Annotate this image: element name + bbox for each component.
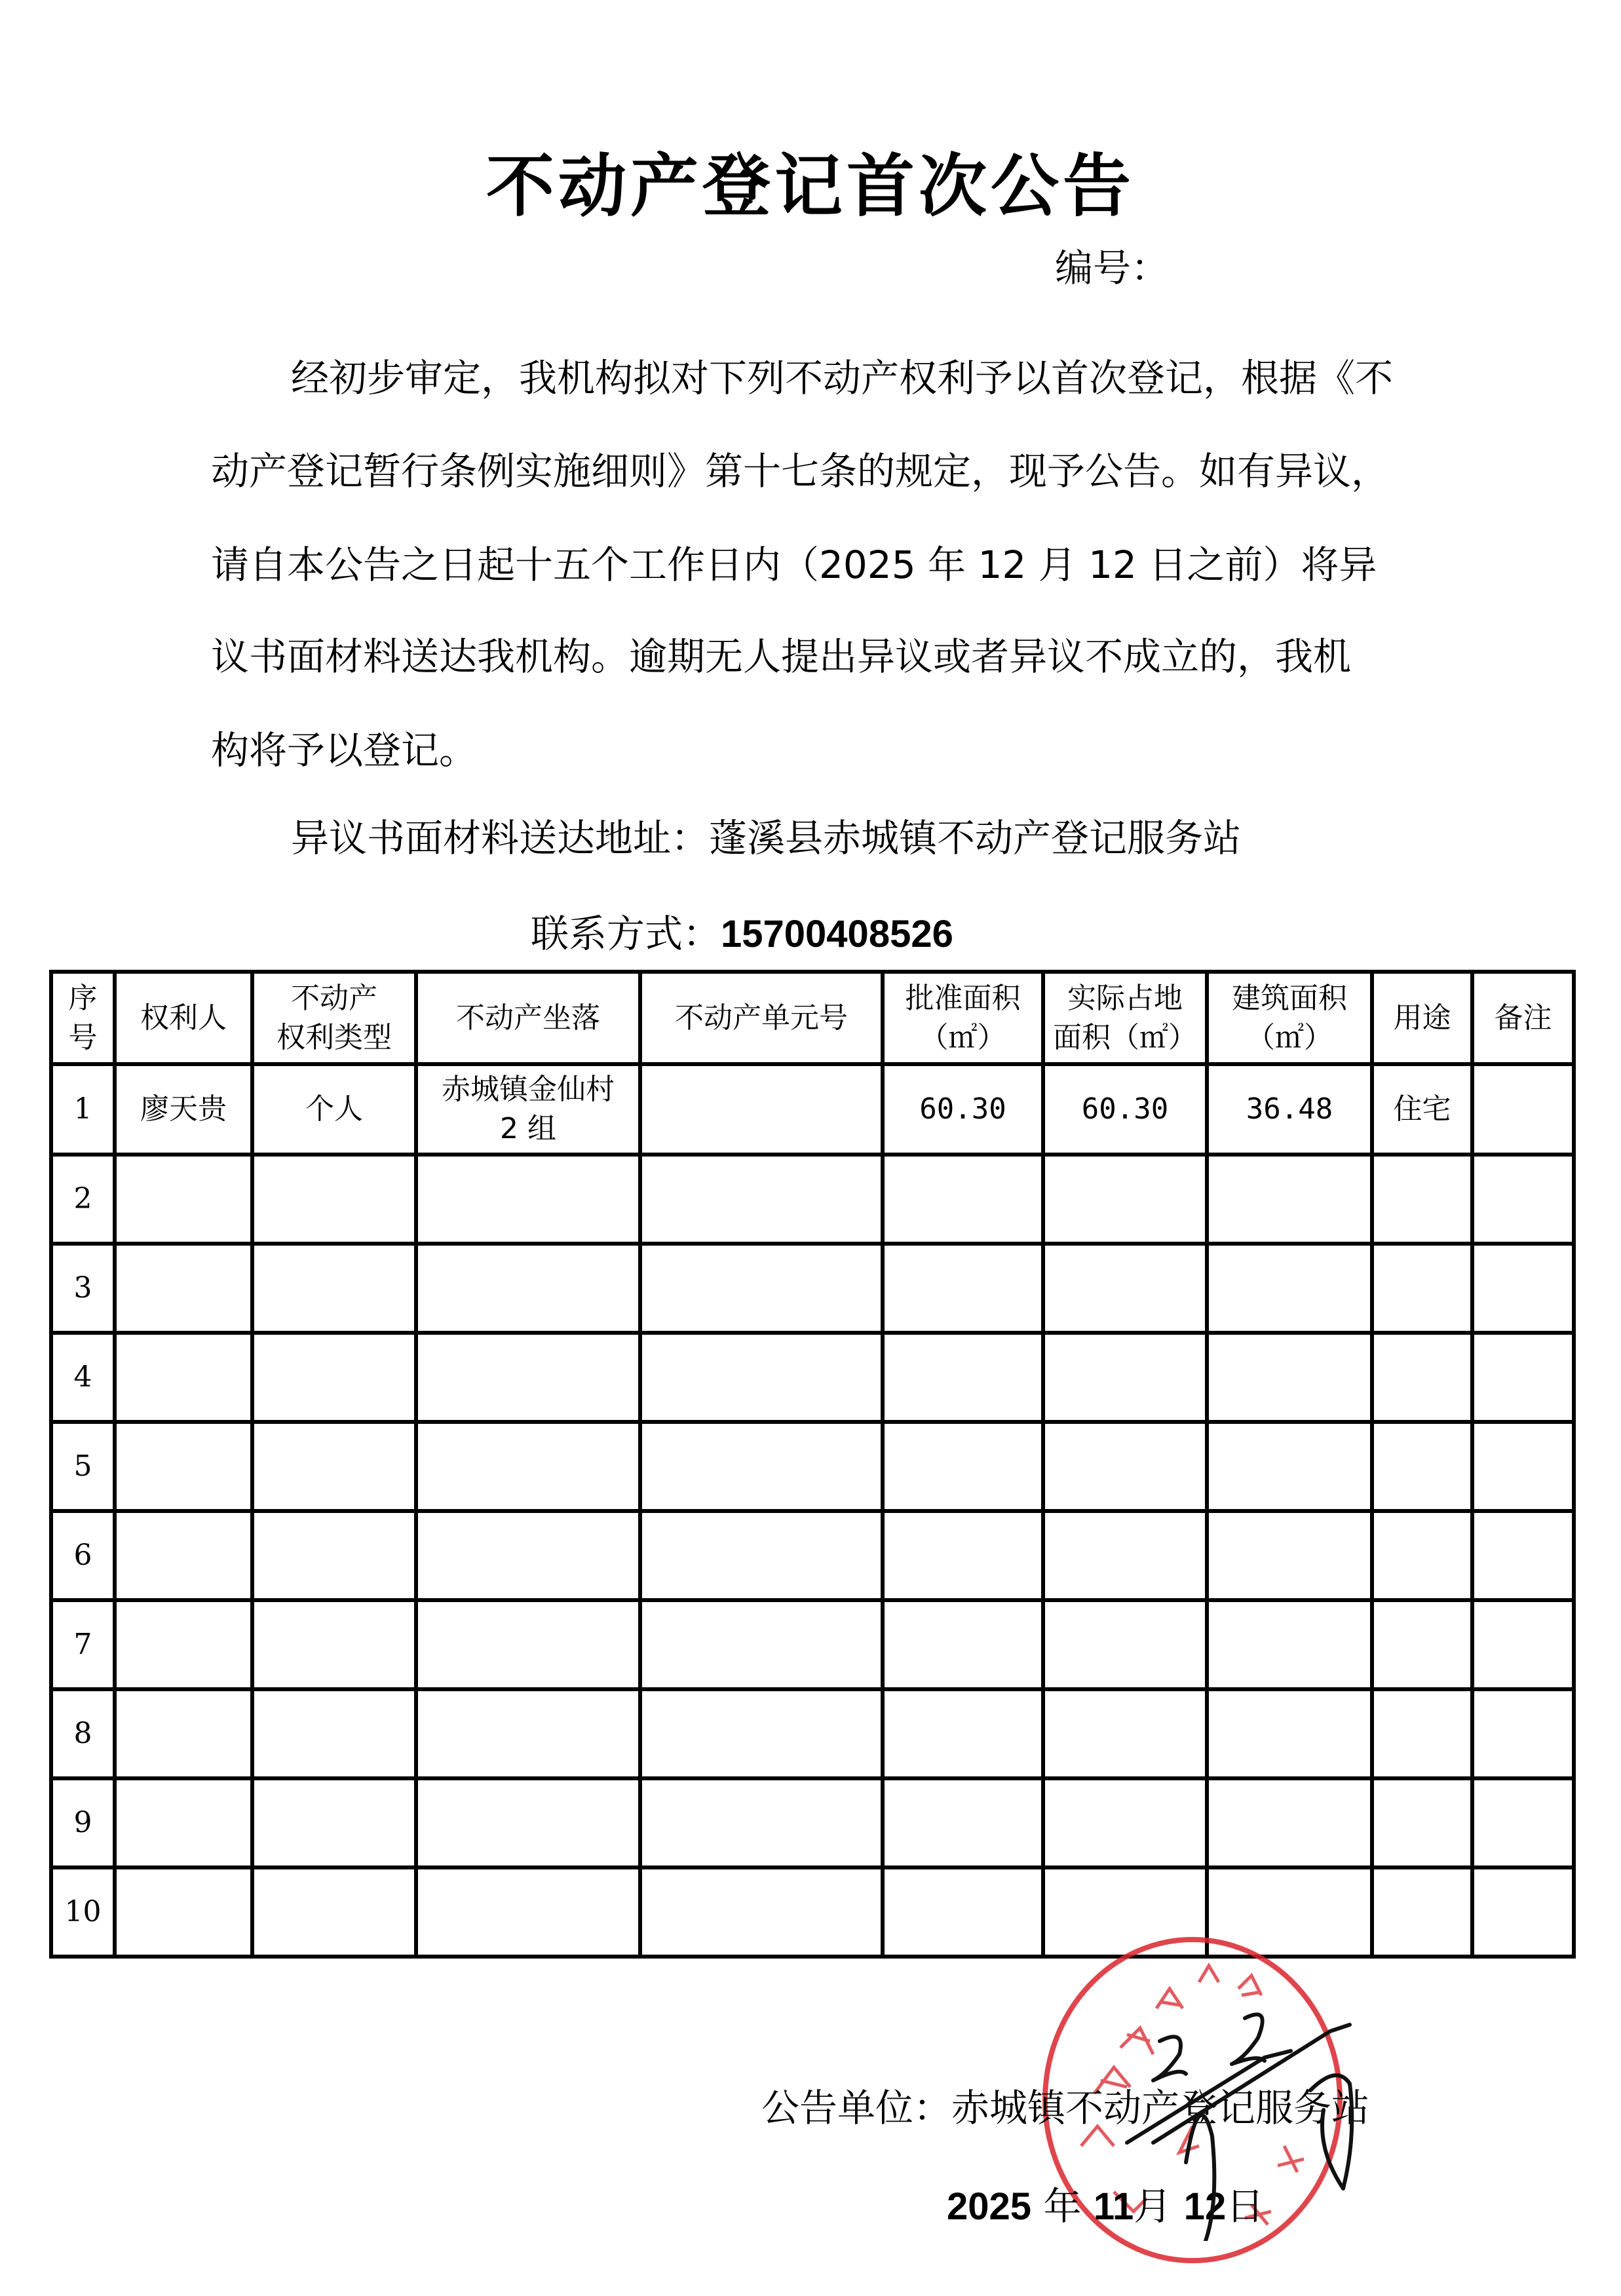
cell-right-holder bbox=[115, 1333, 252, 1422]
cell-approved-area bbox=[883, 1333, 1043, 1422]
cell-actual-area bbox=[1043, 1422, 1207, 1511]
cell-serial-no: 1 bbox=[51, 1064, 115, 1155]
cell-unit-number bbox=[640, 1778, 883, 1867]
cell-remark bbox=[1472, 1244, 1574, 1333]
cell-building-area bbox=[1207, 1689, 1372, 1778]
header-right-type: 不动产权利类型 bbox=[252, 972, 416, 1064]
cell-remark bbox=[1472, 1333, 1574, 1422]
header-approved-area: 批准面积（㎡） bbox=[883, 972, 1043, 1064]
cell-approved-area bbox=[883, 1511, 1043, 1600]
table-header-row: 序号 权利人 不动产权利类型 不动产坐落 不动产单元号 批准面积（㎡） 实际占地… bbox=[51, 972, 1574, 1064]
cell-serial-no: 6 bbox=[51, 1511, 115, 1600]
cell-location: 赤城镇金仙村2 组 bbox=[416, 1064, 640, 1155]
table-row: 3 bbox=[51, 1244, 1574, 1333]
cell-approved-area: 60.30 bbox=[883, 1064, 1043, 1155]
cell-serial-no: 3 bbox=[51, 1244, 115, 1333]
cell-building-area bbox=[1207, 1600, 1372, 1689]
table-row: 6 bbox=[51, 1511, 1574, 1600]
cell-location bbox=[416, 1689, 640, 1778]
cell-building-area bbox=[1207, 1244, 1372, 1333]
contact-info: 联系方式：15700408526 bbox=[531, 903, 953, 958]
cell-actual-area bbox=[1043, 1333, 1207, 1422]
cell-right-type bbox=[252, 1422, 416, 1511]
cell-right-type: 个人 bbox=[252, 1064, 416, 1155]
serial-number-label: 编号： bbox=[1055, 237, 1169, 292]
table-row: 8 bbox=[51, 1689, 1574, 1778]
cell-use bbox=[1372, 1155, 1472, 1244]
table-row: 4 bbox=[51, 1333, 1574, 1422]
header-unit-number: 不动产单元号 bbox=[640, 972, 883, 1064]
cell-actual-area bbox=[1043, 1689, 1207, 1778]
cell-right-type bbox=[252, 1333, 416, 1422]
cell-actual-area bbox=[1043, 1244, 1207, 1333]
cell-right-holder bbox=[115, 1244, 252, 1333]
cell-building-area bbox=[1207, 1155, 1372, 1244]
contact-label: 联系方式： bbox=[531, 911, 721, 956]
cell-right-type bbox=[252, 1867, 416, 1957]
table-row: 9 bbox=[51, 1778, 1574, 1867]
cell-unit-number bbox=[640, 1064, 883, 1155]
cell-use bbox=[1372, 1333, 1472, 1422]
cell-right-holder: 廖天贵 bbox=[115, 1064, 252, 1155]
cell-serial-no: 4 bbox=[51, 1333, 115, 1422]
header-remark: 备注 bbox=[1472, 972, 1574, 1064]
cell-unit-number bbox=[640, 1333, 883, 1422]
cell-right-type bbox=[252, 1600, 416, 1689]
header-right-holder: 权利人 bbox=[115, 972, 252, 1064]
cell-remark bbox=[1472, 1064, 1574, 1155]
cell-location bbox=[416, 1867, 640, 1957]
cell-remark bbox=[1472, 1689, 1574, 1778]
cell-unit-number bbox=[640, 1511, 883, 1600]
cell-use: 住宅 bbox=[1372, 1064, 1472, 1155]
cell-right-holder bbox=[115, 1600, 252, 1689]
cell-serial-no: 9 bbox=[51, 1778, 115, 1867]
cell-building-area bbox=[1207, 1778, 1372, 1867]
cell-serial-no: 8 bbox=[51, 1689, 115, 1778]
cell-remark bbox=[1472, 1867, 1574, 1957]
cell-right-holder bbox=[115, 1689, 252, 1778]
cell-right-holder bbox=[115, 1511, 252, 1600]
cell-serial-no: 7 bbox=[51, 1600, 115, 1689]
cell-right-type bbox=[252, 1244, 416, 1333]
cell-unit-number bbox=[640, 1867, 883, 1957]
table-row: 7 bbox=[51, 1600, 1574, 1689]
cell-remark bbox=[1472, 1778, 1574, 1867]
cell-building-area: 36.48 bbox=[1207, 1064, 1372, 1155]
cell-right-holder bbox=[115, 1155, 252, 1244]
cell-use bbox=[1372, 1600, 1472, 1689]
header-serial-no: 序号 bbox=[51, 972, 115, 1064]
table-row: 5 bbox=[51, 1422, 1574, 1511]
header-use: 用途 bbox=[1372, 972, 1472, 1064]
cell-approved-area bbox=[883, 1244, 1043, 1333]
cell-location bbox=[416, 1600, 640, 1689]
cell-approved-area bbox=[883, 1689, 1043, 1778]
cell-unit-number bbox=[640, 1422, 883, 1511]
cell-serial-no: 2 bbox=[51, 1155, 115, 1244]
header-building-area: 建筑面积（㎡） bbox=[1207, 972, 1372, 1064]
cell-building-area bbox=[1207, 1333, 1372, 1422]
cell-actual-area bbox=[1043, 1511, 1207, 1600]
signature-icon bbox=[1114, 1979, 1428, 2241]
page-title: 不动产登记首次公告 bbox=[0, 131, 1621, 229]
objection-address-value: 蓬溪县赤城镇不动产登记服务站 bbox=[709, 816, 1241, 860]
cell-remark bbox=[1472, 1155, 1574, 1244]
header-location: 不动产坐落 bbox=[416, 972, 640, 1064]
cell-right-holder bbox=[115, 1778, 252, 1867]
cell-remark bbox=[1472, 1600, 1574, 1689]
objection-address: 异议书面材料送达地址：蓬溪县赤城镇不动产登记服务站 bbox=[291, 807, 1241, 862]
cell-use bbox=[1372, 1689, 1472, 1778]
cell-use bbox=[1372, 1244, 1472, 1333]
cell-location bbox=[416, 1778, 640, 1867]
cell-location bbox=[416, 1244, 640, 1333]
table-row: 2 bbox=[51, 1155, 1574, 1244]
table-row: 1 廖天贵 个人 赤城镇金仙村2 组 60.30 60.30 36.48 住宅 bbox=[51, 1064, 1574, 1155]
cell-location bbox=[416, 1511, 640, 1600]
cell-right-type bbox=[252, 1155, 416, 1244]
cell-right-type bbox=[252, 1689, 416, 1778]
cell-remark bbox=[1472, 1422, 1574, 1511]
cell-location bbox=[416, 1155, 640, 1244]
cell-location bbox=[416, 1333, 640, 1422]
cell-building-area bbox=[1207, 1511, 1372, 1600]
cell-actual-area bbox=[1043, 1600, 1207, 1689]
cell-approved-area bbox=[883, 1422, 1043, 1511]
cell-serial-no: 10 bbox=[51, 1867, 115, 1957]
cell-right-holder bbox=[115, 1867, 252, 1957]
cell-use bbox=[1372, 1867, 1472, 1957]
issuing-unit-label: 公告单位： bbox=[761, 2086, 951, 2130]
header-actual-area: 实际占地面积（㎡） bbox=[1043, 972, 1207, 1064]
body-line-4: 议书面材料送达我机构。逾期无人提出异议或者异议不成立的，我机 bbox=[211, 626, 1351, 681]
cell-approved-area bbox=[883, 1155, 1043, 1244]
cell-use bbox=[1372, 1422, 1472, 1511]
objection-address-label: 异议书面材料送达地址： bbox=[291, 816, 709, 860]
cell-actual-area bbox=[1043, 1155, 1207, 1244]
body-line-2: 动产登记暂行条例实施细则》第十七条的规定，现予公告。如有异议， bbox=[211, 440, 1389, 495]
cell-building-area bbox=[1207, 1422, 1372, 1511]
cell-right-holder bbox=[115, 1422, 252, 1511]
cell-use bbox=[1372, 1511, 1472, 1600]
cell-unit-number bbox=[640, 1155, 883, 1244]
body-line-3: 请自本公告之日起十五个工作日内（2025 年 12 月 12 日之前）将异 bbox=[211, 534, 1377, 589]
cell-right-type bbox=[252, 1511, 416, 1600]
cell-use bbox=[1372, 1778, 1472, 1867]
cell-unit-number bbox=[640, 1600, 883, 1689]
body-line-1: 经初步审定，我机构拟对下列不动产权利予以首次登记，根据《不 bbox=[291, 347, 1393, 402]
cell-actual-area: 60.30 bbox=[1043, 1064, 1207, 1155]
cell-approved-area bbox=[883, 1867, 1043, 1957]
cell-approved-area bbox=[883, 1600, 1043, 1689]
contact-phone: 15700408526 bbox=[721, 913, 953, 955]
cell-approved-area bbox=[883, 1778, 1043, 1867]
body-line-5: 构将予以登记。 bbox=[211, 719, 477, 775]
cell-unit-number bbox=[640, 1689, 883, 1778]
registration-table: 序号 权利人 不动产权利类型 不动产坐落 不动产单元号 批准面积（㎡） 实际占地… bbox=[49, 970, 1576, 1959]
cell-right-type bbox=[252, 1778, 416, 1867]
cell-remark bbox=[1472, 1511, 1574, 1600]
cell-serial-no: 5 bbox=[51, 1422, 115, 1511]
cell-actual-area bbox=[1043, 1778, 1207, 1867]
cell-location bbox=[416, 1422, 640, 1511]
cell-unit-number bbox=[640, 1244, 883, 1333]
